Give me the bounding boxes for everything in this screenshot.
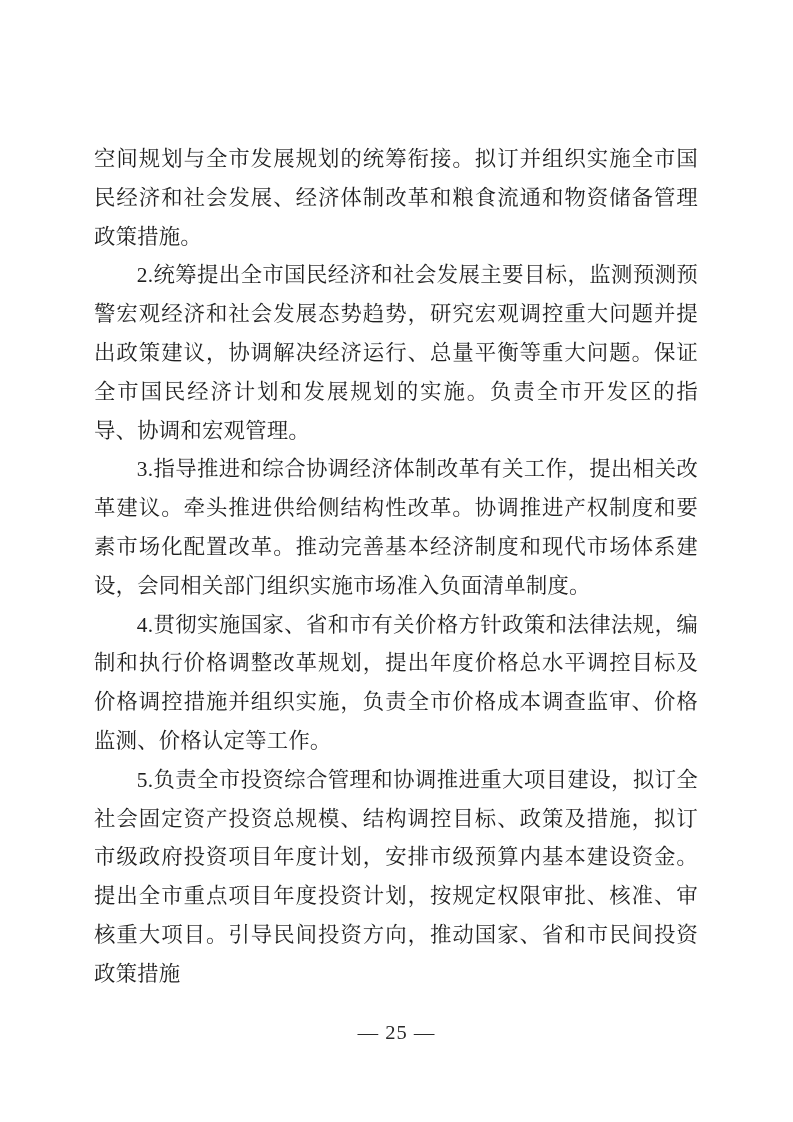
paragraph-item-5: 5.负责全市投资综合管理和协调推进重大项目建设，拟订全社会固定资产投资总规模、结… <box>94 761 698 994</box>
paragraph-continuation: 空间规划与全市发展规划的统筹衔接。拟订并组织实施全市国民经济和社会发展、经济体制… <box>94 140 698 256</box>
paragraph-item-2: 2.统筹提出全市国民经济和社会发展主要目标，监测预测预警宏观经济和社会发展态势趋… <box>94 256 698 450</box>
page-number: — 25 — <box>0 1022 793 1045</box>
document-body: 空间规划与全市发展规划的统筹衔接。拟订并组织实施全市国民经济和社会发展、经济体制… <box>94 140 698 994</box>
paragraph-item-4: 4.贯彻实施国家、省和市有关价格方针政策和法律法规，编制和执行价格调整改革规划，… <box>94 606 698 761</box>
paragraph-item-3: 3.指导推进和综合协调经济体制改革有关工作，提出相关改革建议。牵头推进供给侧结构… <box>94 450 698 605</box>
document-page: 空间规划与全市发展规划的统筹衔接。拟订并组织实施全市国民经济和社会发展、经济体制… <box>0 0 793 1122</box>
